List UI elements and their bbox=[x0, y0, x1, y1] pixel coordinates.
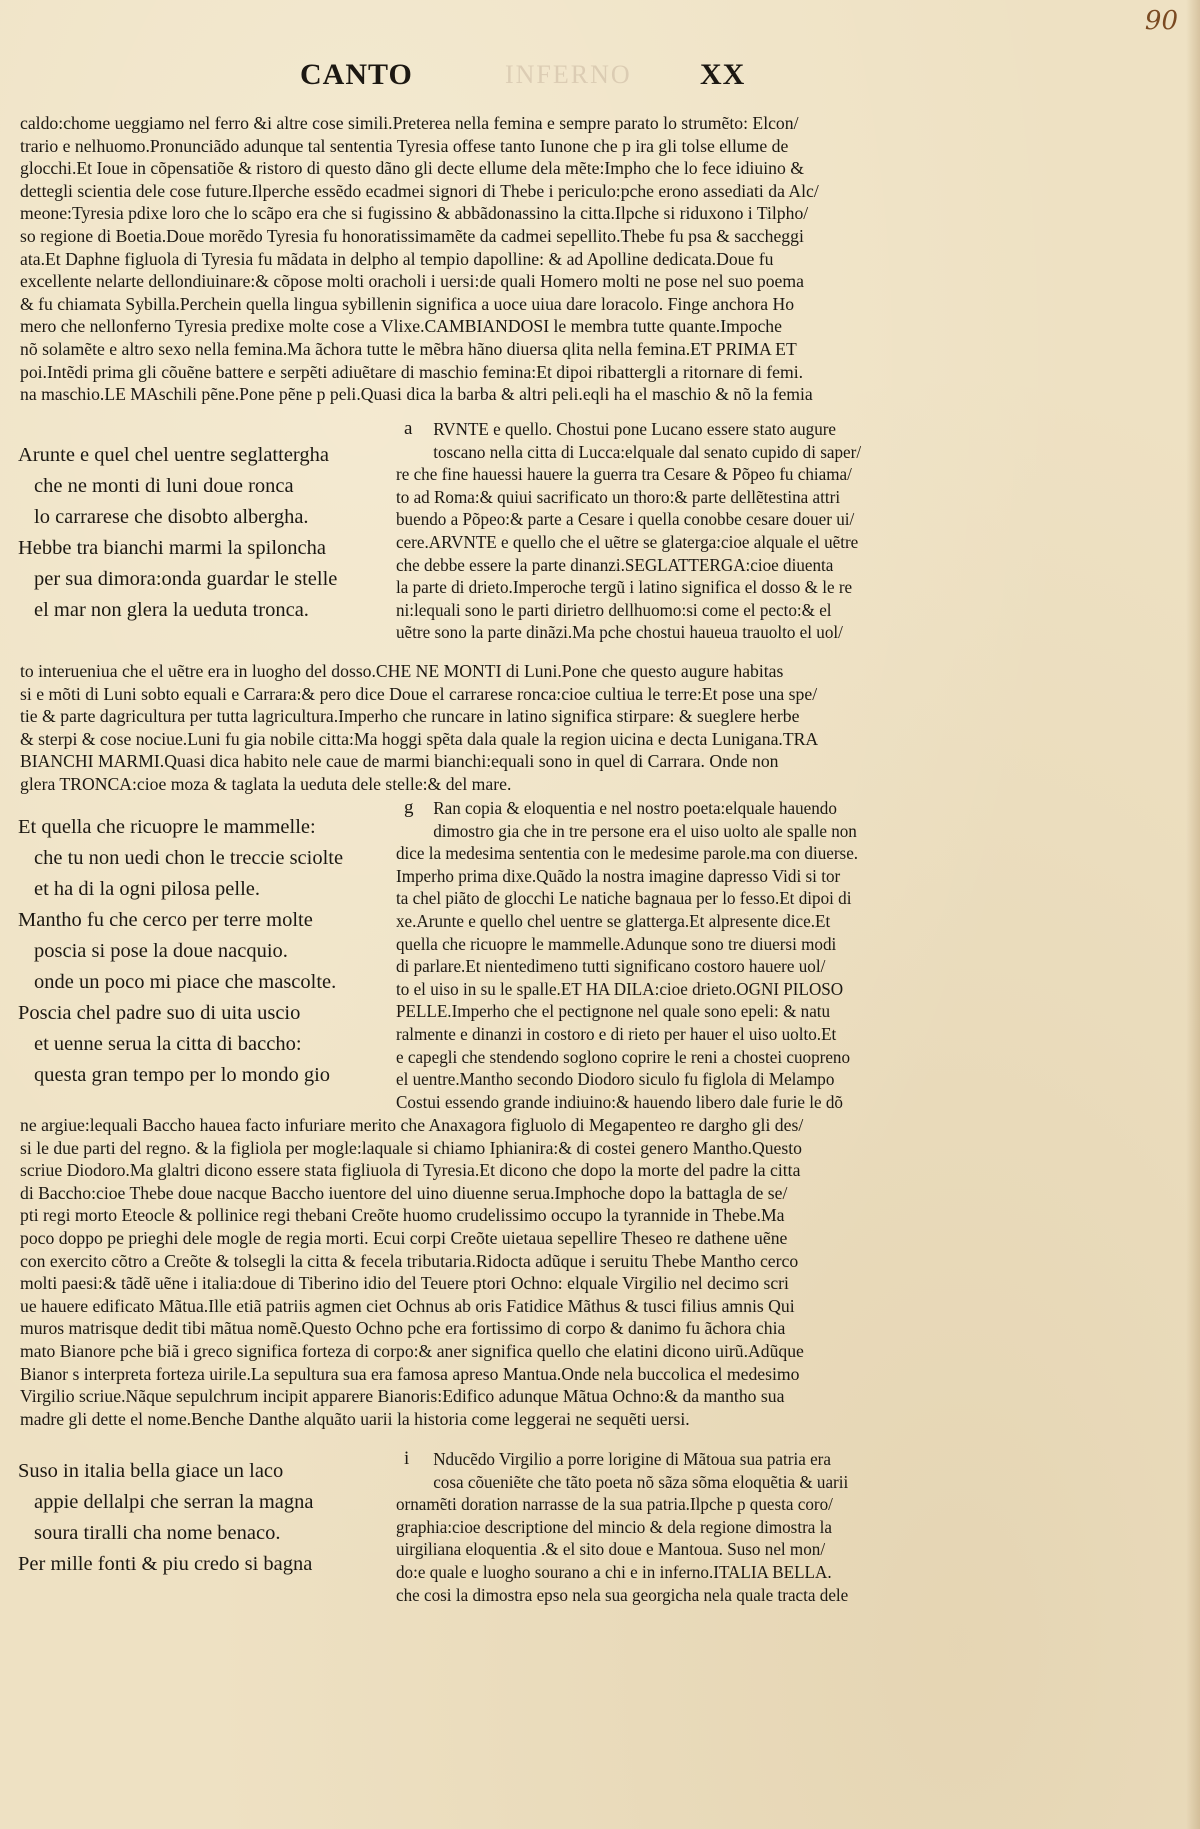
text-line: & fu chiamata Sybilla.Perchein quella li… bbox=[20, 293, 819, 316]
verse-line: lo carrarese che disobto albergha. bbox=[18, 502, 337, 533]
text-line: uirgiliana eloquentia .& el sito doue e … bbox=[396, 1538, 848, 1561]
text-line: ralmente e dinanzi in costoro e di rieto… bbox=[396, 1023, 858, 1046]
text-line: di Baccho:cioe Thebe doue nacque Baccho … bbox=[20, 1182, 804, 1205]
text-line: madre gli dette el nome.Benche Danthe al… bbox=[20, 1408, 804, 1431]
bleed-through-text: INFERNO bbox=[505, 60, 632, 90]
text-line: RVNTE e quello. Chostui pone Lucano esse… bbox=[396, 418, 861, 441]
text-line: pti regi morto Eteocle & pollinice regi … bbox=[20, 1204, 804, 1227]
text-line: dimostro gia che in tre persone era el u… bbox=[396, 820, 858, 843]
text-line: si e mõti di Luni sobto equali e Carrara… bbox=[20, 683, 818, 706]
gloss-block-3: Nducẽdo Virgilio a porre lorigine di Mãt… bbox=[396, 1448, 848, 1606]
text-line: che debbe essere la parte dinanzi.SEGLAT… bbox=[396, 554, 861, 577]
text-line: la parte di drieto.Imperoche tergũ i lat… bbox=[396, 576, 861, 599]
text-line: mato Bianore pche biã i greco significa … bbox=[20, 1340, 804, 1363]
text-line: to ad Roma:& quiui sacrificato un thoro:… bbox=[396, 486, 861, 509]
text-line: poi.Intẽdi prima gli cõuẽne battere e se… bbox=[20, 361, 819, 384]
running-head-number: XX bbox=[700, 58, 745, 92]
verse-line: Hebbe tra bianchi marmi la spiloncha bbox=[18, 533, 337, 564]
verse-line: poscia si pose la doue nacquio. bbox=[18, 936, 343, 967]
text-line: nõ solamẽte e altro sexo nella femina.Ma… bbox=[20, 338, 819, 361]
text-line: dice la medesima sententia con le medesi… bbox=[396, 842, 858, 865]
text-line: e capegli che stendendo soglono coprire … bbox=[396, 1046, 858, 1069]
text-line: poco doppo pe prieghi dele mogle de regi… bbox=[20, 1227, 804, 1250]
text-line: cosa cõueniẽte che tãto poeta nõ sãza sõ… bbox=[396, 1471, 848, 1494]
text-line: meone:Tyresia pdixe loro che lo scãpo er… bbox=[20, 202, 819, 225]
text-line: muros matrisque dedit tibi mãtua nomẽ.Qu… bbox=[20, 1317, 804, 1340]
text-line: graphia:cioe descriptione del mincio & d… bbox=[396, 1516, 848, 1539]
text-line: re che fine hauessi hauere la guerra tra… bbox=[396, 463, 861, 486]
text-line: ue hauere edificato Mãtua.Ille etiã patr… bbox=[20, 1295, 804, 1318]
text-line: cere.ARVNTE e quello che el uẽtre se gla… bbox=[396, 531, 861, 554]
page-edge bbox=[1186, 0, 1200, 1829]
verse-line: per sua dimora:onda guardar le stelle bbox=[18, 564, 337, 595]
text-line: trario e nelhuomo.Pronunciãdo adunque ta… bbox=[20, 135, 819, 158]
verse-block-3: Suso in italia bella giace un laco appie… bbox=[18, 1456, 313, 1580]
commentary-mid: to interueniua che el uẽtre era in luogh… bbox=[20, 660, 818, 796]
gloss-block-1: RVNTE e quello. Chostui pone Lucano esse… bbox=[396, 418, 861, 644]
verse-line: Suso in italia bella giace un laco bbox=[18, 1456, 313, 1487]
text-line: caldo:chome ueggiamo nel ferro &i altre … bbox=[20, 112, 819, 135]
verse-line: Arunte e quel chel uentre seglattergha bbox=[18, 440, 337, 471]
text-line: con exercito cõtro a Creõte & tolsegli l… bbox=[20, 1250, 804, 1273]
text-line: buendo a Põpeo:& parte a Cesare i quella… bbox=[396, 508, 861, 531]
text-line: Nducẽdo Virgilio a porre lorigine di Mãt… bbox=[396, 1448, 848, 1471]
text-line: Imperho prima dixe.Quãdo la nostra imagi… bbox=[396, 865, 858, 888]
text-line: na maschio.LE MAschili pẽne.Pone pẽne p … bbox=[20, 383, 819, 406]
verse-line: che ne monti di luni doue ronca bbox=[18, 471, 337, 502]
verse-block-1: Arunte e quel chel uentre seglattergha c… bbox=[18, 440, 337, 626]
verse-line: Et quella che ricuopre le mammelle: bbox=[18, 812, 343, 843]
text-line: PELLE.Imperho che el pectignone nel qual… bbox=[396, 1000, 858, 1023]
text-line: Virgilio scriue.Nãque sepulchrum incipit… bbox=[20, 1385, 804, 1408]
folio-number: 90 bbox=[1145, 6, 1178, 36]
verse-line: Mantho fu che cerco per terre molte bbox=[18, 905, 343, 936]
text-line: tie & parte dagricultura per tutta lagri… bbox=[20, 705, 818, 728]
text-line: ni:lequali sono le parti dirietro dellhu… bbox=[396, 599, 861, 622]
text-line: el uentre.Mantho secondo Diodoro siculo … bbox=[396, 1068, 858, 1091]
text-line: & sterpi & cose nociue.Luni fu gia nobil… bbox=[20, 728, 818, 751]
text-line: ne argiue:lequali Baccho hauea facto inf… bbox=[20, 1114, 804, 1137]
commentary-top: caldo:chome ueggiamo nel ferro &i altre … bbox=[20, 112, 819, 406]
verse-line: Poscia chel padre suo di uita uscio bbox=[18, 998, 343, 1029]
text-line: Bianor s interpreta forteza uirile.La se… bbox=[20, 1363, 804, 1386]
text-line: ta chel piãto de glocchi Le natiche bagn… bbox=[396, 887, 858, 910]
commentary-low: ne argiue:lequali Baccho hauea facto inf… bbox=[20, 1114, 804, 1430]
verse-line: el mar non glera la ueduta tronca. bbox=[18, 595, 337, 626]
verse-line: soura tiralli cha nome benaco. bbox=[18, 1518, 313, 1549]
text-line: toscano nella citta di Lucca:elquale dal… bbox=[396, 441, 861, 464]
text-line: di parlare.Et nientedimeno tutti signifi… bbox=[396, 955, 858, 978]
text-line: si le due parti del regno. & la figliola… bbox=[20, 1137, 804, 1160]
text-line: to interueniua che el uẽtre era in luogh… bbox=[20, 660, 818, 683]
text-line: uẽtre sono la parte dinãzi.Ma pche chost… bbox=[396, 621, 861, 644]
verse-line: et ha di la ogni pilosa pelle. bbox=[18, 874, 343, 905]
verse-line: che tu non uedi chon le treccie sciolte bbox=[18, 843, 343, 874]
verse-line: onde un poco mi piace che mascolte. bbox=[18, 967, 343, 998]
text-line: ata.Et Daphne figluola di Tyresia fu mãd… bbox=[20, 248, 819, 271]
text-line: ornamẽti doration narrasse de la sua pat… bbox=[396, 1493, 848, 1516]
page-scan: 90 CANTO INFERNO XX caldo:chome ueggiamo… bbox=[0, 0, 1200, 1829]
verse-line: Per mille fonti & piu credo si bagna bbox=[18, 1549, 313, 1580]
text-line: Ran copia & eloquentia e nel nostro poet… bbox=[396, 797, 858, 820]
text-line: to el uiso in su le spalle.ET HA DILA:ci… bbox=[396, 978, 858, 1001]
verse-line: appie dellalpi che serran la magna bbox=[18, 1487, 313, 1518]
text-line: BIANCHI MARMI.Quasi dica habito nele cau… bbox=[20, 750, 818, 773]
verse-block-2: Et quella che ricuopre le mammelle: che … bbox=[18, 812, 343, 1091]
text-line: quella che ricuopre le mammelle.Adunque … bbox=[396, 933, 858, 956]
running-head-canto: CANTO bbox=[300, 58, 413, 92]
text-line: scriue Diodoro.Ma glaltri dicono essere … bbox=[20, 1159, 804, 1182]
text-line: do:e quale e luogho sourano a chi e in i… bbox=[396, 1561, 848, 1584]
verse-line: questa gran tempo per lo mondo gio bbox=[18, 1060, 343, 1091]
verse-line: et uenne serua la citta di baccho: bbox=[18, 1029, 343, 1060]
text-line: mero che nellonferno Tyresia predixe mol… bbox=[20, 315, 819, 338]
text-line: xe.Arunte e quello chel uentre se glatte… bbox=[396, 910, 858, 933]
text-line: che cosi la dimostra epso nela sua georg… bbox=[396, 1584, 848, 1607]
gloss-block-2: Ran copia & eloquentia e nel nostro poet… bbox=[396, 797, 858, 1113]
text-line: Costui essendo grande indiuino:& hauendo… bbox=[396, 1091, 858, 1114]
text-line: dettegli scientia dele cose future.Ilper… bbox=[20, 180, 819, 203]
text-line: glera TRONCA:cioe moza & taglata la uedu… bbox=[20, 773, 818, 796]
text-line: glocchi.Et Ioue in cõpensatiõe & ristoro… bbox=[20, 157, 819, 180]
text-line: molti paesi:& tãdẽ uẽne i italia:doue di… bbox=[20, 1272, 804, 1295]
text-line: excellente nelarte dellondiuinare:& cõpo… bbox=[20, 270, 819, 293]
text-line: so regione di Boetia.Doue morẽdo Tyresia… bbox=[20, 225, 819, 248]
